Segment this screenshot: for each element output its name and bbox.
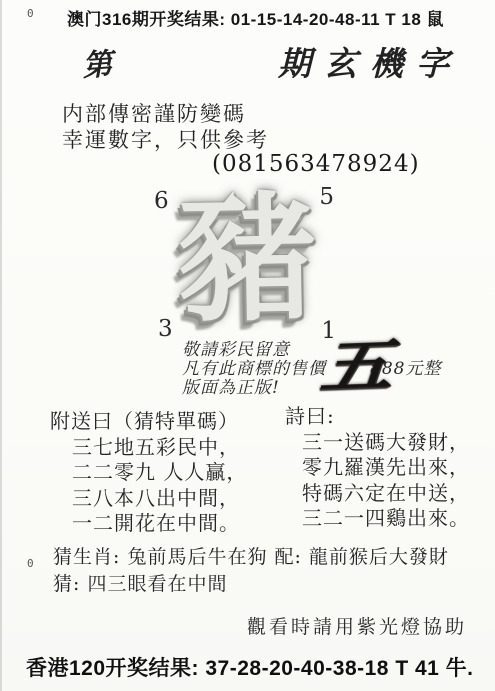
notice-line-2-pre: 凡有此商標的售價 (182, 359, 326, 379)
macau-result-header: 澳门316期开奖结果: 01-15-14-20-48-11 T 18 鼠 (67, 5, 472, 30)
verse-poem-block: 詩曰: 三一送碼大發財， 零九羅漢先出來， 特碼六定在中送， 三二一四鷄出來。 (285, 403, 495, 532)
lucky-number-code: (081563478924) (212, 151, 432, 177)
bonus-poem-line-4: 一二開花在中間。 (50, 511, 280, 536)
notice-line-1: 敬請彩民留意 (182, 341, 482, 360)
zodiac-pig-character: 豬 (177, 189, 317, 329)
notice-line-2: 凡有此商標的售價888元整 (182, 360, 482, 379)
guess-line-1: 猜生肖: 兔前馬后牛在狗 配: 龍前猴后大發財 (53, 544, 483, 571)
verse-poem-line-1: 三一送碼大發財， (285, 430, 495, 455)
uv-light-note: 觀看時請用紫光燈協助 (247, 612, 467, 639)
issue-title-prefix: 第 (81, 39, 114, 85)
intro-line-1: 内部傳密謹防變碼 (62, 101, 432, 127)
notice-line-2-post: 888元整 (370, 359, 441, 379)
intro-block: 内部傳密謹防變碼 幸運數字，只供參考 (081563478924) (62, 101, 432, 177)
intro-line-2: 幸運數字，只供參考 (62, 127, 432, 153)
zodiac-guess-block: 猜生肖: 兔前馬后牛在狗 配: 龍前猴后大發財 猜: 四三眼看在中間 (53, 544, 483, 598)
corner-number-top-right: 5 (319, 184, 334, 210)
guess-line-2: 猜: 四三眼看在中間 (53, 571, 483, 598)
bonus-poem-block: 附送曰（猜特單碼） 三七地五彩民中， 二二零九 人人贏， 三八本八出中間， 一二… (50, 408, 280, 537)
notice-line-3: 版面為正版! (182, 379, 482, 398)
genuine-copy-notice: 敬請彩民留意 凡有此商標的售價888元整 版面為正版! 五 (182, 341, 482, 398)
lottery-sheet-page: 0 澳门316期开奖结果: 01-15-14-20-48-11 T 18 鼠 第… (0, 0, 495, 691)
bonus-poem-line-3: 三八本八出中間， (50, 486, 280, 511)
hongkong-result-footer: 香港120开奖结果: 37-28-20-40-38-18 T 41 牛. (26, 652, 486, 682)
bonus-poem-line-1: 三七地五彩民中， (50, 435, 280, 460)
corner-number-top-left: 6 (154, 188, 169, 214)
corner-number-bottom-left: 3 (158, 316, 173, 342)
top-margin-mark: 0 (27, 7, 34, 20)
verse-poem-line-2: 零九羅漢先出來， (285, 455, 495, 480)
verse-poem-title: 詩曰: (285, 403, 495, 430)
bonus-poem-line-2: 二二零九 人人贏， (50, 460, 280, 485)
bonus-poem-title: 附送曰（猜特單碼） (50, 408, 280, 435)
page-title: 期玄機字 (278, 38, 462, 85)
bottom-margin-mark: 0 (27, 557, 34, 570)
verse-poem-line-3: 特碼六定在中送， (285, 481, 495, 506)
verse-poem-line-4: 三二一四鷄出來。 (285, 506, 495, 531)
zodiac-character-art: 豬 6 5 3 1 (138, 186, 356, 338)
